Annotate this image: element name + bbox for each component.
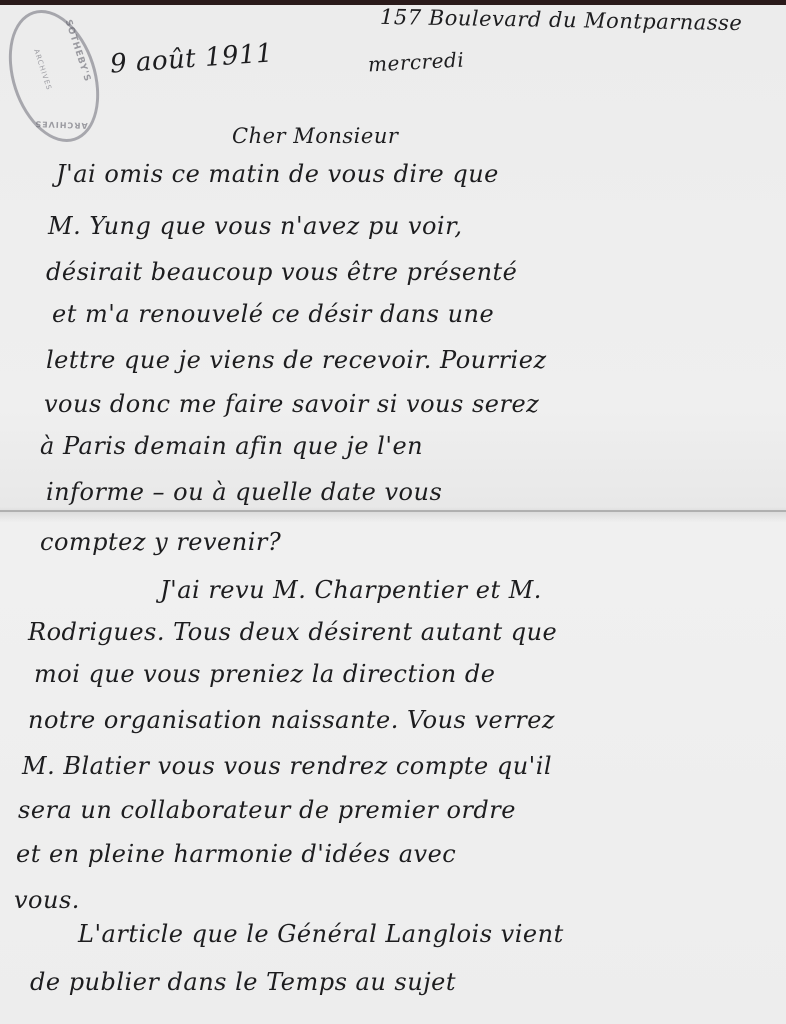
letter-line: et m'a renouvelé ce désir dans une [52, 300, 494, 328]
letter-line: de publier dans le Temps au sujet [30, 968, 456, 996]
letter-line: lettre que je viens de recevoir. Pourrie… [46, 346, 547, 374]
salutation: Cher Monsieur [232, 124, 398, 148]
stamp-bottom-text: ARCHIVES [34, 119, 88, 130]
letter-line: sera un collaborateur de premier ordre [18, 796, 516, 824]
letter-line: à Paris demain afin que je l'en [40, 432, 423, 460]
letter-line: vous. [14, 886, 80, 914]
letter-line: Rodrigues. Tous deux désirent autant que [28, 618, 557, 646]
stamp-inner-text: ARCHIVES [32, 48, 53, 92]
sender-address: 157 Boulevard du Montparnasse [380, 5, 743, 35]
letter-line: moi que vous preniez la direction de [34, 660, 495, 688]
archive-stamp: SOTHEBY'S ARCHIVES ARCHIVES [0, 0, 115, 154]
letter-page: SOTHEBY'S ARCHIVES ARCHIVES 157 Boulevar… [0, 0, 786, 1024]
letter-line: désirait beaucoup vous être présenté [46, 258, 517, 286]
letter-line: informe – ou à quelle date vous [46, 478, 442, 506]
letter-line: J'ai omis ce matin de vous dire que [56, 160, 499, 188]
paper-fold-line [0, 510, 786, 512]
letter-line: M. Blatier vous vous rendrez compte qu'i… [22, 752, 552, 780]
letter-line: notre organisation naissante. Vous verre… [28, 706, 555, 734]
letter-weekday: mercredi [367, 47, 464, 76]
stamp-ring-text: SOTHEBY'S [63, 19, 93, 84]
letter-line: comptez y revenir? [40, 528, 281, 556]
letter-line: et en pleine harmonie d'idées avec [16, 840, 456, 868]
letter-date: 9 août 1911 [109, 38, 274, 79]
letter-line: vous donc me faire savoir si vous serez [44, 390, 539, 418]
letter-line: M. Yung que vous n'avez pu voir, [48, 212, 463, 240]
letter-line: J'ai revu M. Charpentier et M. [160, 576, 542, 604]
letter-line: L'article que le Général Langlois vient [78, 920, 564, 948]
